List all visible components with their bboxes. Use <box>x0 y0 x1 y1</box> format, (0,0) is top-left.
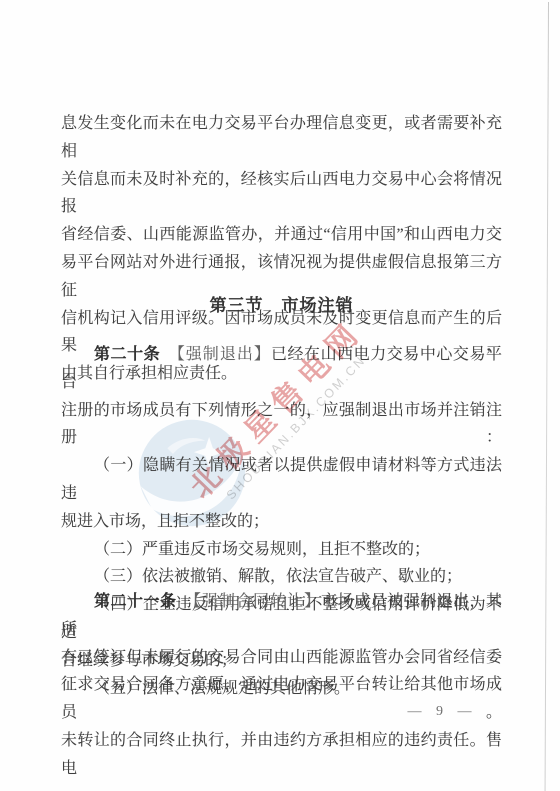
text-segment <box>177 593 194 610</box>
text-segment: 【强制合同转让】 <box>193 593 321 610</box>
text-segment: 关信息而未及时补充的，经核实后山西电力交易中心会将情况报 <box>61 171 502 216</box>
text-segment <box>160 346 177 363</box>
scanned-document-page: 息发生变化而未在电力交易平台办理信息变更，或者需要补充相关信息而未及时补充的，经… <box>0 0 560 791</box>
text-segment: 第二十一条 <box>94 593 177 610</box>
text-line: 规进入市场，且拒不整改的； <box>61 508 502 536</box>
text-segment: 第二十条 <box>94 346 160 363</box>
text-line: 未转让的合同终止执行，并由违约方承担相应的违约责任。售电 <box>61 727 502 783</box>
text-segment: 有已签订但未履行的交易合同由山西能源监管办会同省经信委 <box>61 649 502 666</box>
text-segment: 省经信委、山西能源监管办，并通过“信用中国”和山西电力交 <box>61 226 502 243</box>
text-segment: （三）依法被撤销、解散，依法宣告破产、歇业的； <box>94 568 462 585</box>
text-segment: 规进入市场，且拒不整改的； <box>61 513 269 530</box>
text-line: 有已签订但未履行的交易合同由山西能源监管办会同省经信委 <box>61 644 502 672</box>
text-segment: 【强制退出】 <box>177 346 271 363</box>
text-segment: 息发生变化而未在电力交易平台办理信息变更，或者需要补充相 <box>61 115 502 160</box>
text-line: 注册的市场成员有下列情形之一的，应强制退出市场并注销注册： <box>61 397 502 453</box>
text-line: 息发生变化而未在电力交易平台办理信息变更，或者需要补充相 <box>61 110 502 166</box>
article-21-paragraph: 第二十一条 【强制合同转让】市场成员被强制退出，其所有已签订但未履行的交易合同由… <box>61 588 502 783</box>
scan-edge-line <box>545 2 550 791</box>
text-segment: 注册的市场成员有下列情形之一的，应强制退出市场并注销注册： <box>61 402 502 447</box>
text-line: 省经信委、山西能源监管办，并通过“信用中国”和山西电力交 <box>61 221 502 249</box>
text-line: 第二十一条 【强制合同转让】市场成员被强制退出，其所 <box>61 588 502 644</box>
text-line: 关信息而未及时补充的，经核实后山西电力交易中心会将情况报 <box>61 166 502 222</box>
text-segment: 未转让的合同终止执行，并由违约方承担相应的违约责任。售电 <box>61 732 502 777</box>
text-line: （二）严重违反市场交易规则，且拒不整改的； <box>61 536 502 564</box>
section-heading: 第三节 市场注销 <box>61 292 502 320</box>
page-number: — 9 — <box>395 704 485 720</box>
text-line: （一）隐瞒有关情况或者以提供虚假申请材料等方式违法违 <box>61 452 502 508</box>
text-segment: （二）严重违反市场交易规则，且拒不整改的； <box>94 541 430 558</box>
text-line: （三）依法被撤销、解散，依法宣告破产、歇业的； <box>61 563 502 591</box>
text-segment: （一）隐瞒有关情况或者以提供虚假申请材料等方式违法违 <box>61 457 502 502</box>
text-line: 第二十条 【强制退出】已经在山西电力交易中心交易平台 <box>61 341 502 397</box>
